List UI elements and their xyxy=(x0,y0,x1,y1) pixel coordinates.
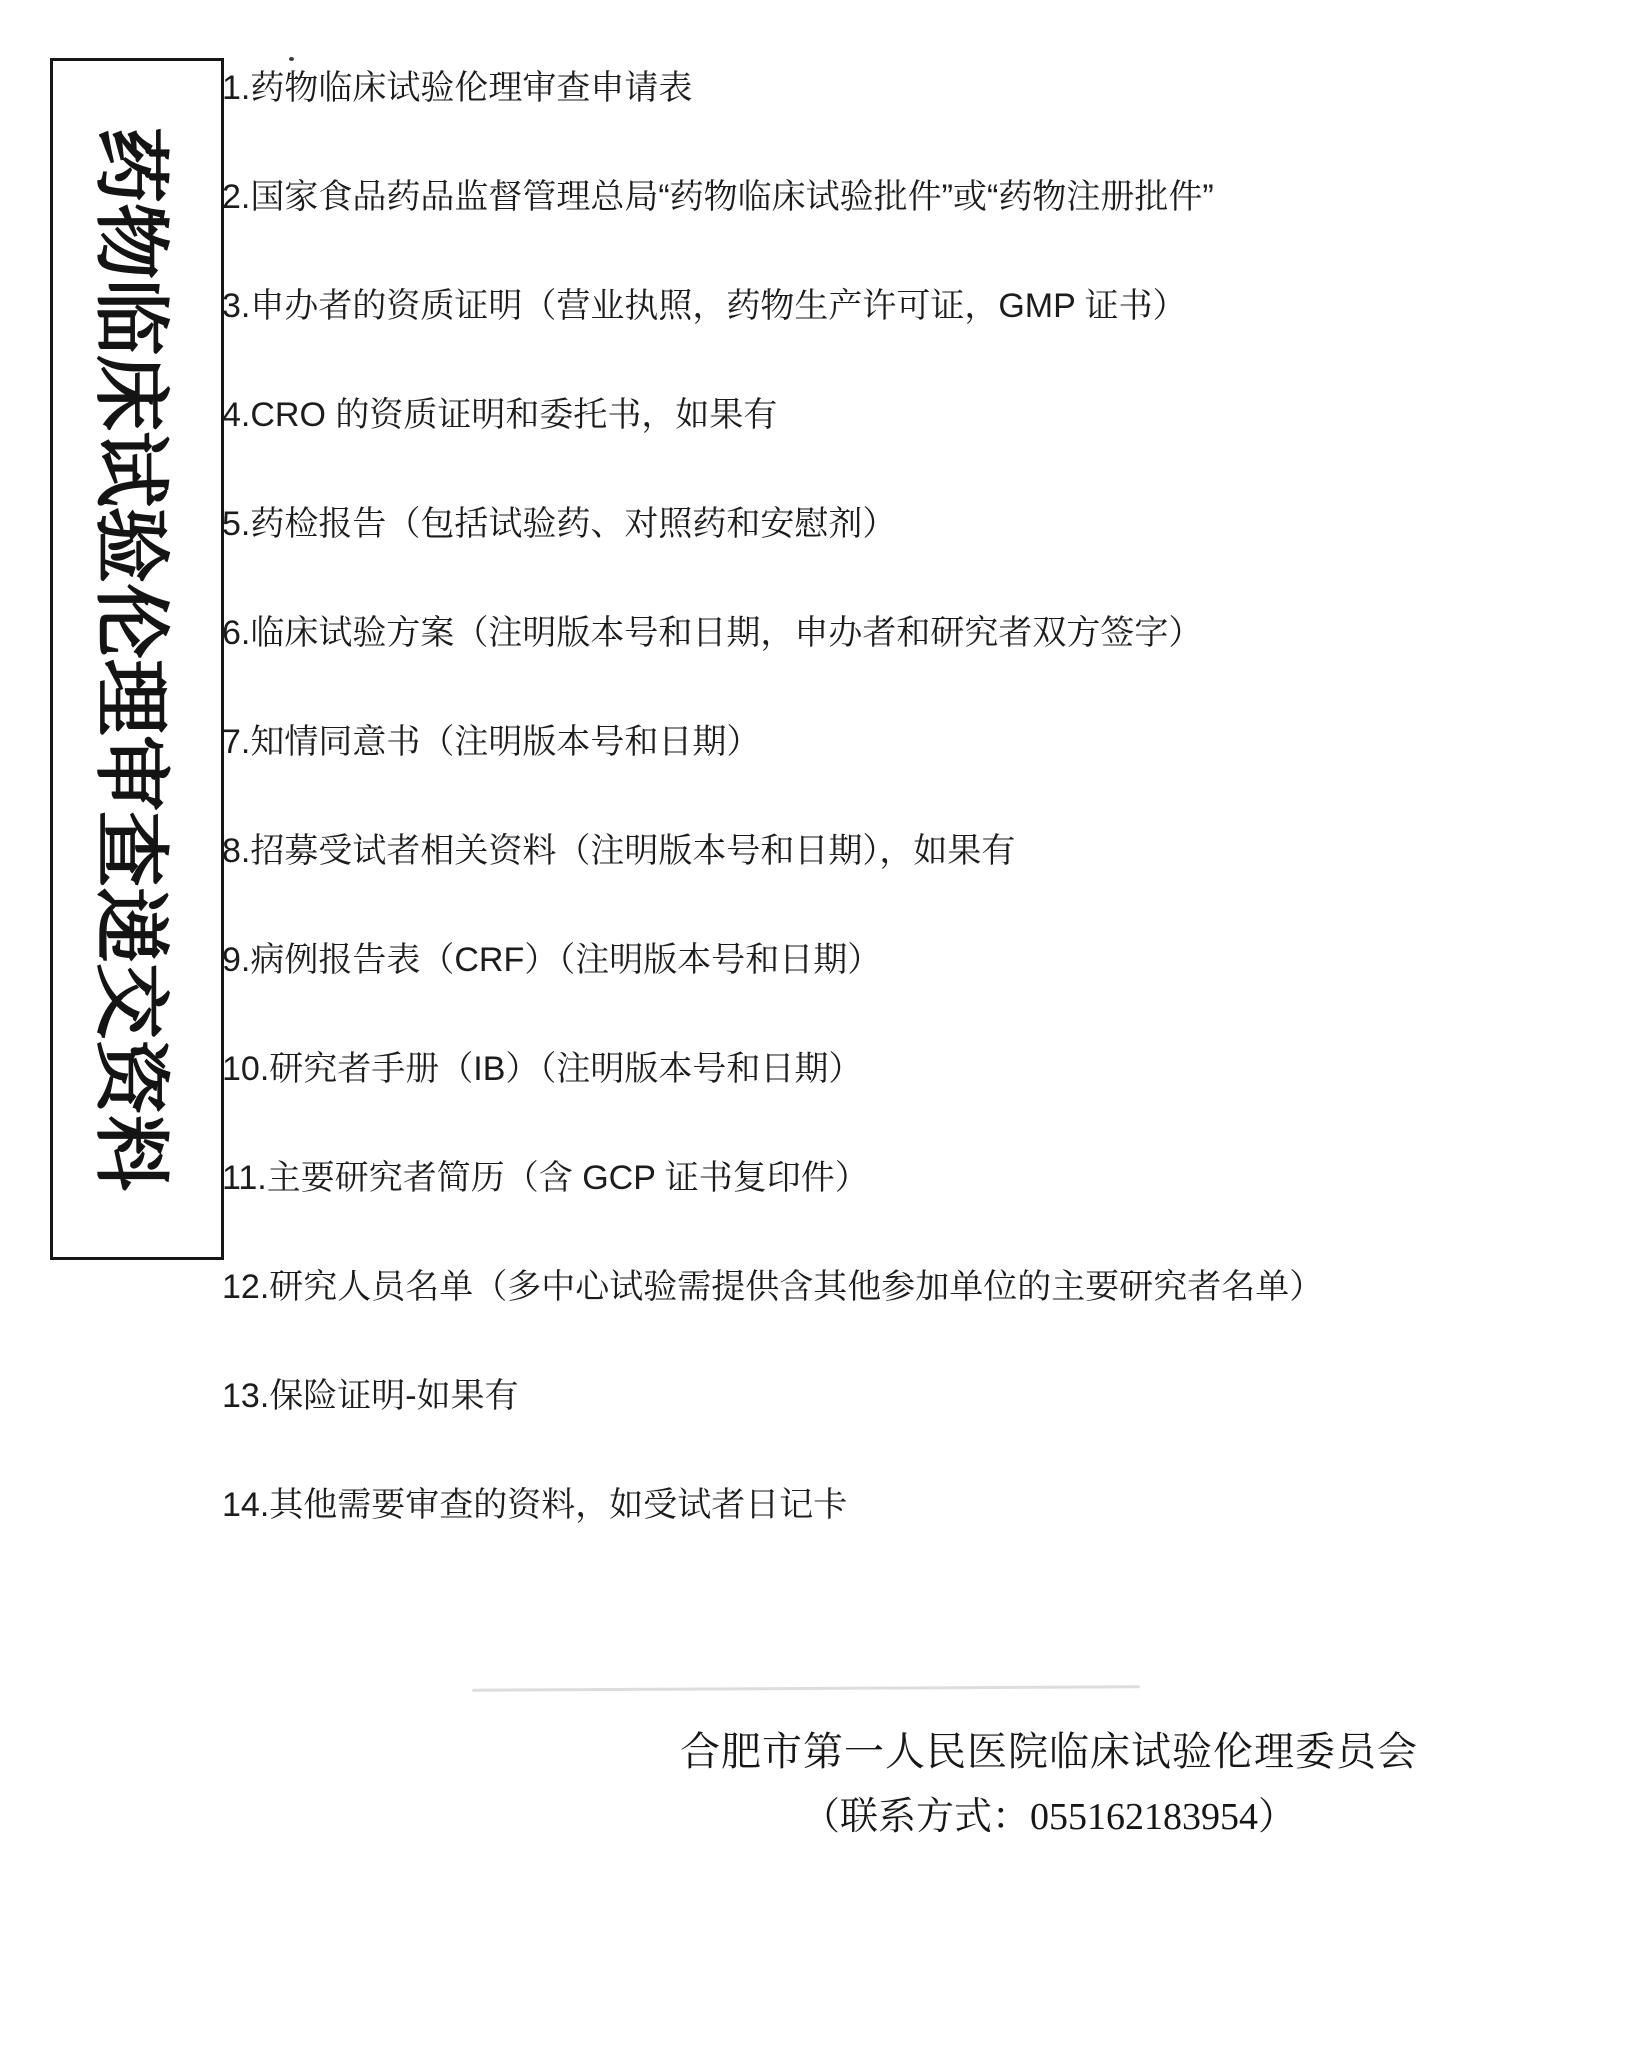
checklist-item-14: 14. 其他需要审查的资料，如受试者日记卡 xyxy=(222,1483,1602,1528)
item-number: 5. xyxy=(222,502,250,547)
item-text: 申办者的资质证明（营业执照，药物生产许可证，GMP 证书） xyxy=(250,284,1186,329)
item-number: 9. xyxy=(222,938,250,983)
item-text: 主要研究者简历（含 GCP 证书复印件） xyxy=(267,1156,869,1201)
item-number: 4. xyxy=(222,393,250,438)
item-text: 研究人员名单（多中心试验需提供含其他参加单位的主要研究者名单） xyxy=(269,1265,1323,1310)
item-text: 临床试验方案（注明版本号和日期，申办者和研究者双方签字） xyxy=(250,611,1202,656)
item-text: 病例报告表（CRF）（注明版本号和日期） xyxy=(250,938,881,983)
item-number: 1. xyxy=(222,66,250,111)
contact-info: （联系方式：055162183954） xyxy=(649,1793,1449,1841)
item-text: 药物临床试验伦理审查申请表 xyxy=(250,66,692,111)
item-text: 研究者手册（IB）（注明版本号和日期） xyxy=(269,1047,862,1092)
submission-checklist: 1. 药物临床试验伦理审查申请表 2. 国家食品药品监督管理总局“药物临床试验批… xyxy=(222,66,1602,1592)
item-text: CRO 的资质证明和委托书，如果有 xyxy=(250,393,777,438)
scanned-document-page: 药物临床试验伦理审查递交资料 1. 药物临床试验伦理审查申请表 2. 国家食品药… xyxy=(0,0,1651,2057)
checklist-item-12: 12. 研究人员名单（多中心试验需提供含其他参加单位的主要研究者名单） xyxy=(222,1265,1602,1310)
checklist-item-1: 1. 药物临床试验伦理审查申请表 xyxy=(222,66,1602,111)
checklist-item-4: 4. CRO 的资质证明和委托书，如果有 xyxy=(222,393,1602,438)
scan-artifact-dot xyxy=(289,57,294,61)
item-text: 国家食品药品监督管理总局“药物临床试验批件”或“药物注册批件” xyxy=(250,175,1213,220)
item-number: 11. xyxy=(222,1156,267,1201)
item-number: 12. xyxy=(222,1265,269,1310)
item-number: 2. xyxy=(222,175,250,220)
checklist-item-8: 8. 招募受试者相关资料（注明版本号和日期），如果有 xyxy=(222,829,1602,874)
item-number: 8. xyxy=(222,829,250,874)
checklist-item-6: 6. 临床试验方案（注明版本号和日期，申办者和研究者双方签字） xyxy=(222,611,1602,656)
item-number: 6. xyxy=(222,611,250,656)
checklist-item-13: 13. 保险证明-如果有 xyxy=(222,1374,1602,1419)
committee-name: 合肥市第一人民医院临床试验伦理委员会 xyxy=(649,1726,1449,1778)
item-text: 药检报告（包括试验药、对照药和安慰剂） xyxy=(250,502,896,547)
item-text: 招募受试者相关资料（注明版本号和日期），如果有 xyxy=(250,829,1015,874)
item-text: 其他需要审查的资料，如受试者日记卡 xyxy=(269,1483,847,1528)
checklist-item-10: 10. 研究者手册（IB）（注明版本号和日期） xyxy=(222,1047,1602,1092)
checklist-item-5: 5. 药检报告（包括试验药、对照药和安慰剂） xyxy=(222,502,1602,547)
document-title-vertical: 药物临床试验伦理审查递交资料 xyxy=(83,127,192,1191)
checklist-item-7: 7. 知情同意书（注明版本号和日期） xyxy=(222,720,1602,765)
checklist-item-9: 9. 病例报告表（CRF）（注明版本号和日期） xyxy=(222,938,1602,983)
checklist-item-3: 3. 申办者的资质证明（营业执照，药物生产许可证，GMP 证书） xyxy=(222,284,1602,329)
document-footer: 合肥市第一人民医院临床试验伦理委员会 （联系方式：055162183954） xyxy=(649,1726,1449,1841)
scan-artifact-streak xyxy=(472,1685,1140,1691)
item-number: 3. xyxy=(222,284,250,329)
item-number: 7. xyxy=(222,720,250,765)
item-number: 14. xyxy=(222,1483,269,1528)
item-text: 知情同意书（注明版本号和日期） xyxy=(250,720,760,765)
item-number: 13. xyxy=(222,1374,269,1419)
checklist-item-2: 2. 国家食品药品监督管理总局“药物临床试验批件”或“药物注册批件” xyxy=(222,175,1602,220)
item-text: 保险证明-如果有 xyxy=(269,1374,518,1419)
item-number: 10. xyxy=(222,1047,269,1092)
vertical-title-box: 药物临床试验伦理审查递交资料 xyxy=(50,58,224,1260)
checklist-item-11: 11. 主要研究者简历（含 GCP 证书复印件） xyxy=(222,1156,1602,1201)
